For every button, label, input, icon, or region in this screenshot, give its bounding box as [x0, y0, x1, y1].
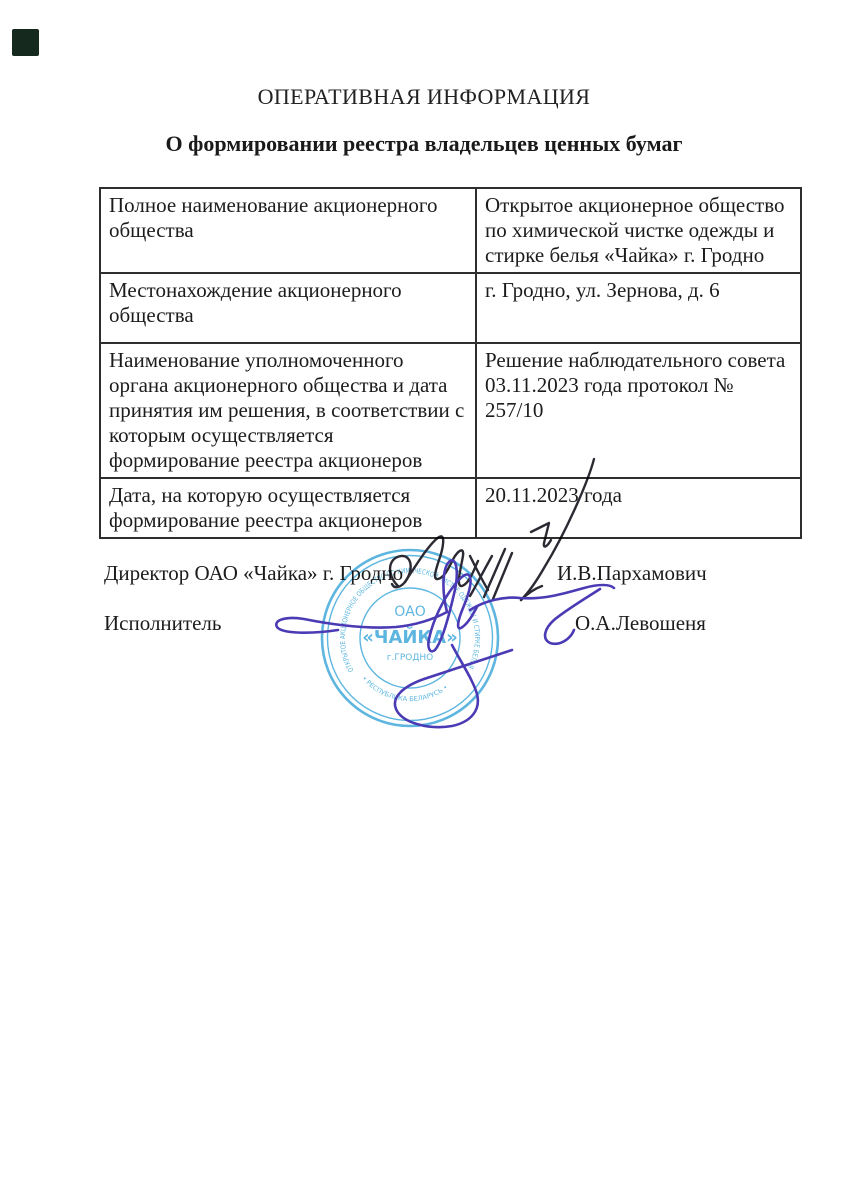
- ink-overlay: ОТКРЫТОЕ АКЦИОНЕРНОЕ ОБЩЕСТВО ПО ХИМИЧЕС…: [0, 0, 848, 1200]
- stamp-ring-bottom-text: • РЕСПУБЛИКА БЕЛАРУСЬ •: [360, 674, 449, 703]
- row-label: Дата, на которую осуществляется формиров…: [100, 478, 476, 538]
- scan-artifact-mark: [12, 29, 39, 56]
- stamp-center-line1: ОАО: [394, 604, 426, 620]
- table-row: Наименование уполномоченного органа акци…: [100, 343, 801, 478]
- director-role-label: Директор ОАО «Чайка» г. Гродно: [104, 561, 403, 586]
- executor-role-label: Исполнитель: [104, 611, 221, 636]
- register-info-table: Полное наименование акционерного обществ…: [99, 187, 802, 539]
- document-title: ОПЕРАТИВНАЯ ИНФОРМАЦИЯ: [0, 84, 848, 110]
- svg-text:• РЕСПУБЛИКА БЕЛАРУСЬ •: • РЕСПУБЛИКА БЕЛАРУСЬ •: [360, 674, 449, 703]
- executor-name: О.А.Левошеня: [575, 611, 706, 636]
- director-name: И.В.Пархамович: [557, 561, 707, 586]
- row-value: Открытое акционерное общество по химичес…: [476, 188, 801, 273]
- table-row: Дата, на которую осуществляется формиров…: [100, 478, 801, 538]
- row-label: Наименование уполномоченного органа акци…: [100, 343, 476, 478]
- row-value: 20.11.2023 года: [476, 478, 801, 538]
- row-label: Полное наименование акционерного обществ…: [100, 188, 476, 273]
- stamp-center-line3: г.ГРОДНО: [387, 653, 433, 663]
- row-value: г. Гродно, ул. Зернова, д. 6: [476, 273, 801, 343]
- row-value: Решение наблюдательного совета 03.11.202…: [476, 343, 801, 478]
- document-subtitle: О формировании реестра владельцев ценных…: [0, 131, 848, 157]
- table-row: Местонахождение акционерного общества г.…: [100, 273, 801, 343]
- scanned-document-page: ОПЕРАТИВНАЯ ИНФОРМАЦИЯ О формировании ре…: [0, 0, 848, 1200]
- table-row: Полное наименование акционерного обществ…: [100, 188, 801, 273]
- stamp-center-line2: «ЧАЙКА»: [362, 626, 457, 648]
- row-label: Местонахождение акционерного общества: [100, 273, 476, 343]
